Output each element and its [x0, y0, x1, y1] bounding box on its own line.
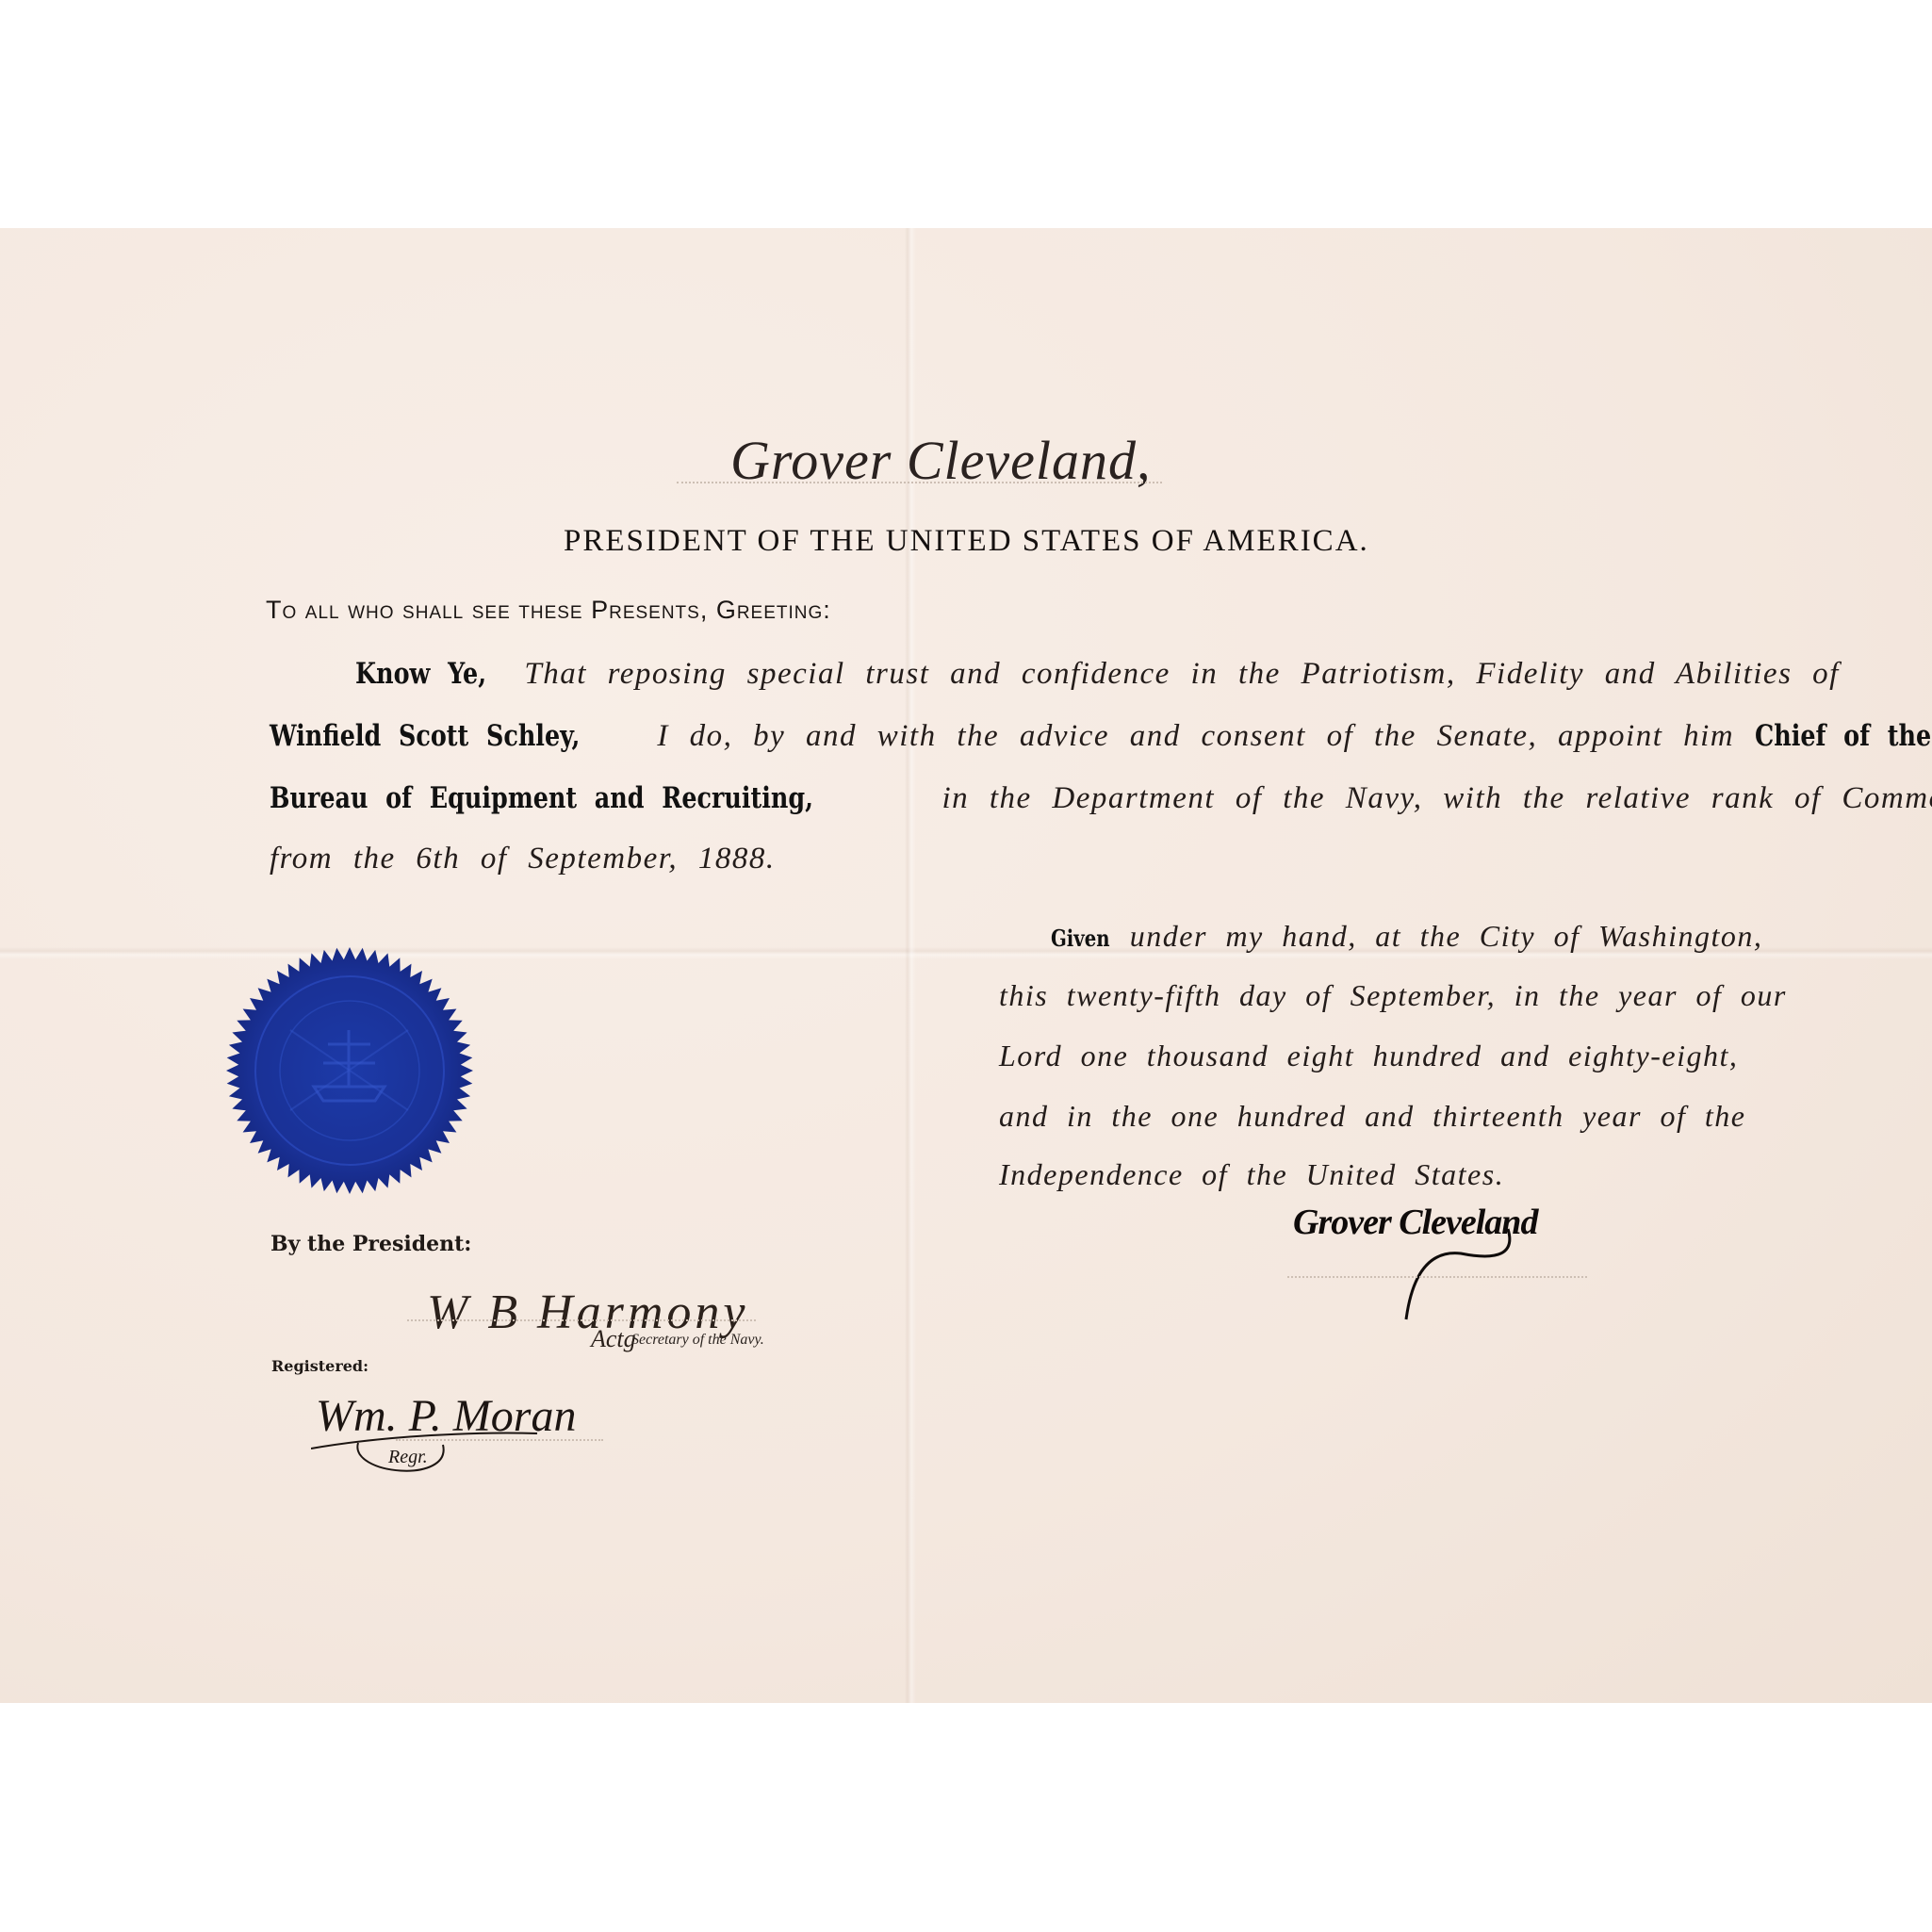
given-text: Given	[1051, 925, 1110, 952]
body-text: That reposing special trust and confiden…	[524, 657, 1840, 691]
body-text: I do, by and with the advice and consent…	[657, 719, 1734, 753]
know-ye-text: Know Ye,	[355, 657, 486, 691]
greeting-line: To all who shall see these Presents, Gre…	[266, 596, 831, 625]
registered-label: Registered:	[271, 1357, 368, 1375]
navy-department-seal-icon	[224, 945, 475, 1196]
secretary-title: Secretary of the Navy.	[631, 1332, 764, 1349]
body-line-2: Winfield Scott Schley, I do, by and with…	[270, 719, 1589, 754]
registrar-signature-line	[396, 1439, 603, 1441]
given-line-2: this twenty-fifth day of September, in t…	[999, 978, 1787, 1013]
given-line-4: and in the one hundred and thirteenth ye…	[999, 1099, 1745, 1134]
president-signature-line	[1287, 1276, 1587, 1278]
office-text: Bureau of Equipment and Recruiting,	[270, 781, 813, 815]
given-line-1: Given under my hand, at the City of Wash…	[1051, 919, 1762, 954]
appointee-name: Winfield Scott Schley,	[270, 719, 580, 753]
body-text: in the Department of the Navy, with the …	[941, 781, 1932, 815]
office-text: Chief of the	[1755, 719, 1931, 753]
president-title: PRESIDENT OF THE UNITED STATES OF AMERIC…	[564, 524, 1369, 559]
by-the-president-label: By the President:	[270, 1232, 471, 1256]
secretary-signature-line	[407, 1319, 756, 1321]
acting-label: Actg	[591, 1325, 636, 1353]
body-line-4: from the 6th of September, 1888.	[270, 842, 1589, 876]
given-rest: under my hand, at the City of Washington…	[1130, 919, 1763, 953]
given-line-3: Lord one thousand eight hundred and eigh…	[999, 1039, 1738, 1073]
registrar-title: Regr.	[388, 1447, 428, 1468]
body-line-3: Bureau of Equipment and Recruiting, in t…	[270, 781, 1589, 816]
president-name-underline	[677, 482, 1162, 483]
given-line-5: Independence of the United States.	[999, 1157, 1504, 1192]
body-line-1: Know Ye, That reposing special trust and…	[355, 657, 1675, 692]
